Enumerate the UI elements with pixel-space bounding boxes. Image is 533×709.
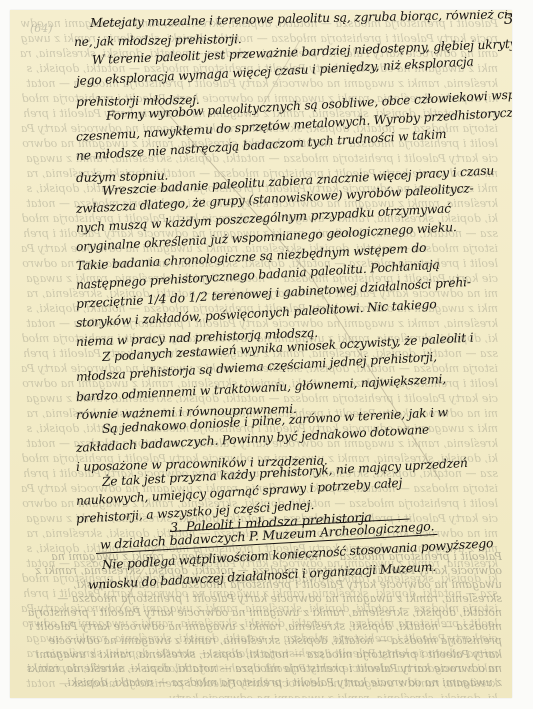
top-left-mark: (64) bbox=[30, 22, 53, 35]
manuscript-page: Paleolit i prehistorja młodsza — notatki… bbox=[10, 10, 512, 698]
text-line: ne, jak młodszej prehistorji. bbox=[74, 32, 242, 49]
page-number: 3 bbox=[504, 10, 512, 28]
